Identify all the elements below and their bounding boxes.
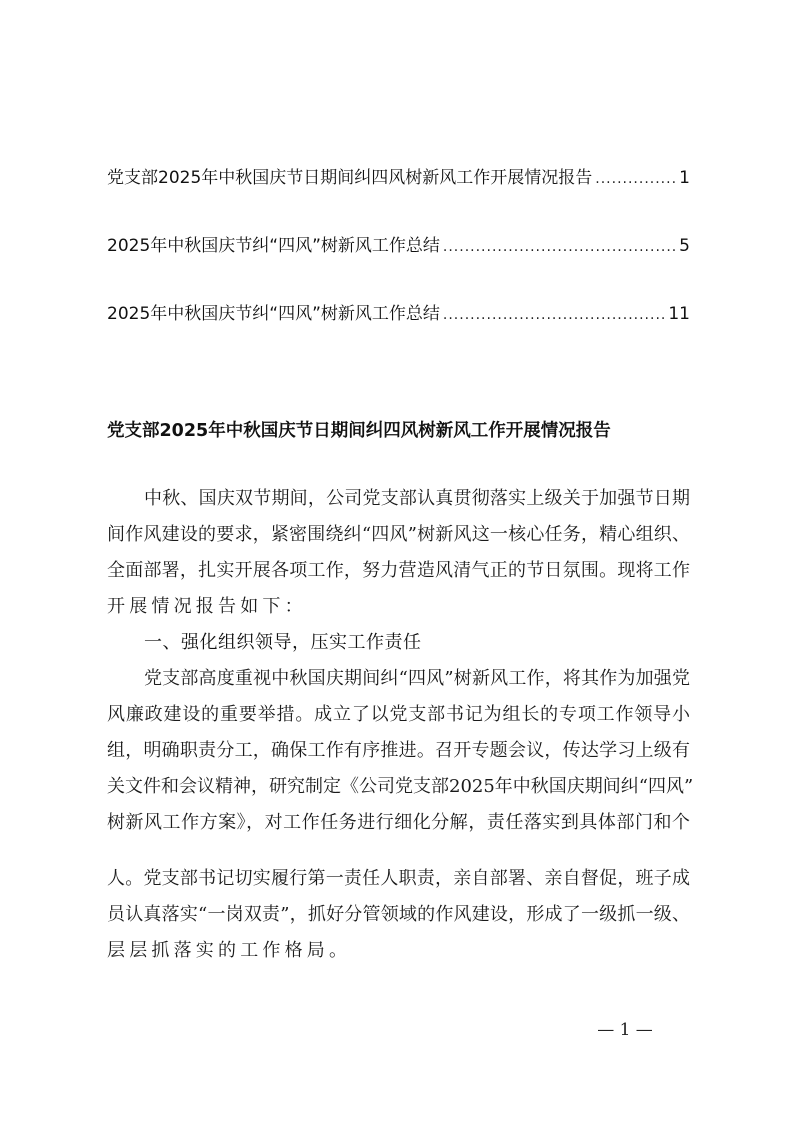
paragraph-line: 人。党支部书记切实履行第一责任人职责，亲自部署、亲自督促，班子成 — [107, 864, 690, 892]
toc-dot-leader — [443, 307, 665, 323]
toc-entry[interactable]: 2025年中秋国庆节纠“四风”树新风工作总结 11 — [107, 299, 690, 327]
paragraph-line: 员认真落实“一岗双责”，抓好分管领域的作风建设，形成了一级抓一级、 — [107, 900, 690, 928]
paragraph-line: 关文件和会议精神，研究制定《公司党支部2025年中秋国庆期间纠“四风” — [107, 772, 690, 800]
toc-entry-title: 2025年中秋国庆节纠“四风”树新风工作总结 — [107, 299, 440, 324]
toc-entry[interactable]: 2025年中秋国庆节纠“四风”树新风工作总结 5 — [107, 231, 690, 259]
paragraph-line: 风廉政建设的重要举措。成立了以党支部书记为组长的专项工作领导小 — [107, 700, 690, 728]
section-heading: 一、强化组织领导，压实工作责任 — [144, 628, 422, 654]
toc-dot-leader — [443, 239, 676, 255]
paragraph-line: 树新风工作方案》，对工作任务进行细化分解，责任落实到具体部门和个 — [107, 808, 690, 836]
paragraph-line: 全面部署，扎实开展各项工作，努力营造风清气正的节日氛围。现将工作 — [107, 556, 690, 584]
toc-dot-leader — [595, 171, 676, 187]
page-number: — 1 — — [590, 1020, 660, 1040]
document-page: 党支部2025年中秋国庆节日期间纠四风树新风工作开展情况报告 1 2025年中秋… — [0, 0, 794, 1122]
paragraph-line: 党支部高度重视中秋国庆期间纠“四风”树新风工作，将其作为加强党 — [144, 664, 690, 692]
toc-entry-title: 2025年中秋国庆节纠“四风”树新风工作总结 — [107, 231, 440, 256]
toc-entry-page: 1 — [679, 168, 690, 188]
toc-entry-title: 党支部2025年中秋国庆节日期间纠四风树新风工作开展情况报告 — [107, 163, 592, 188]
toc-entry-page: 5 — [679, 236, 690, 256]
paragraph-line: 组，明确职责分工，确保工作有序推进。召开专题会议，传达学习上级有 — [107, 736, 690, 764]
document-title: 党支部2025年中秋国庆节日期间纠四风树新风工作开展情况报告 — [107, 417, 707, 442]
paragraph-line: 间作风建设的要求，紧密围绕纠“四风”树新风这一核心任务，精心组织、 — [107, 520, 690, 548]
toc-entry[interactable]: 党支部2025年中秋国庆节日期间纠四风树新风工作开展情况报告 1 — [107, 163, 690, 191]
paragraph-line: 中秋、国庆双节期间，公司党支部认真贯彻落实上级关于加强节日期 — [144, 484, 690, 512]
paragraph-line: 开展情况报告如下： — [107, 592, 690, 620]
toc-entry-page: 11 — [668, 304, 690, 324]
paragraph-line: 层层抓落实的工作格局。 — [107, 936, 690, 964]
